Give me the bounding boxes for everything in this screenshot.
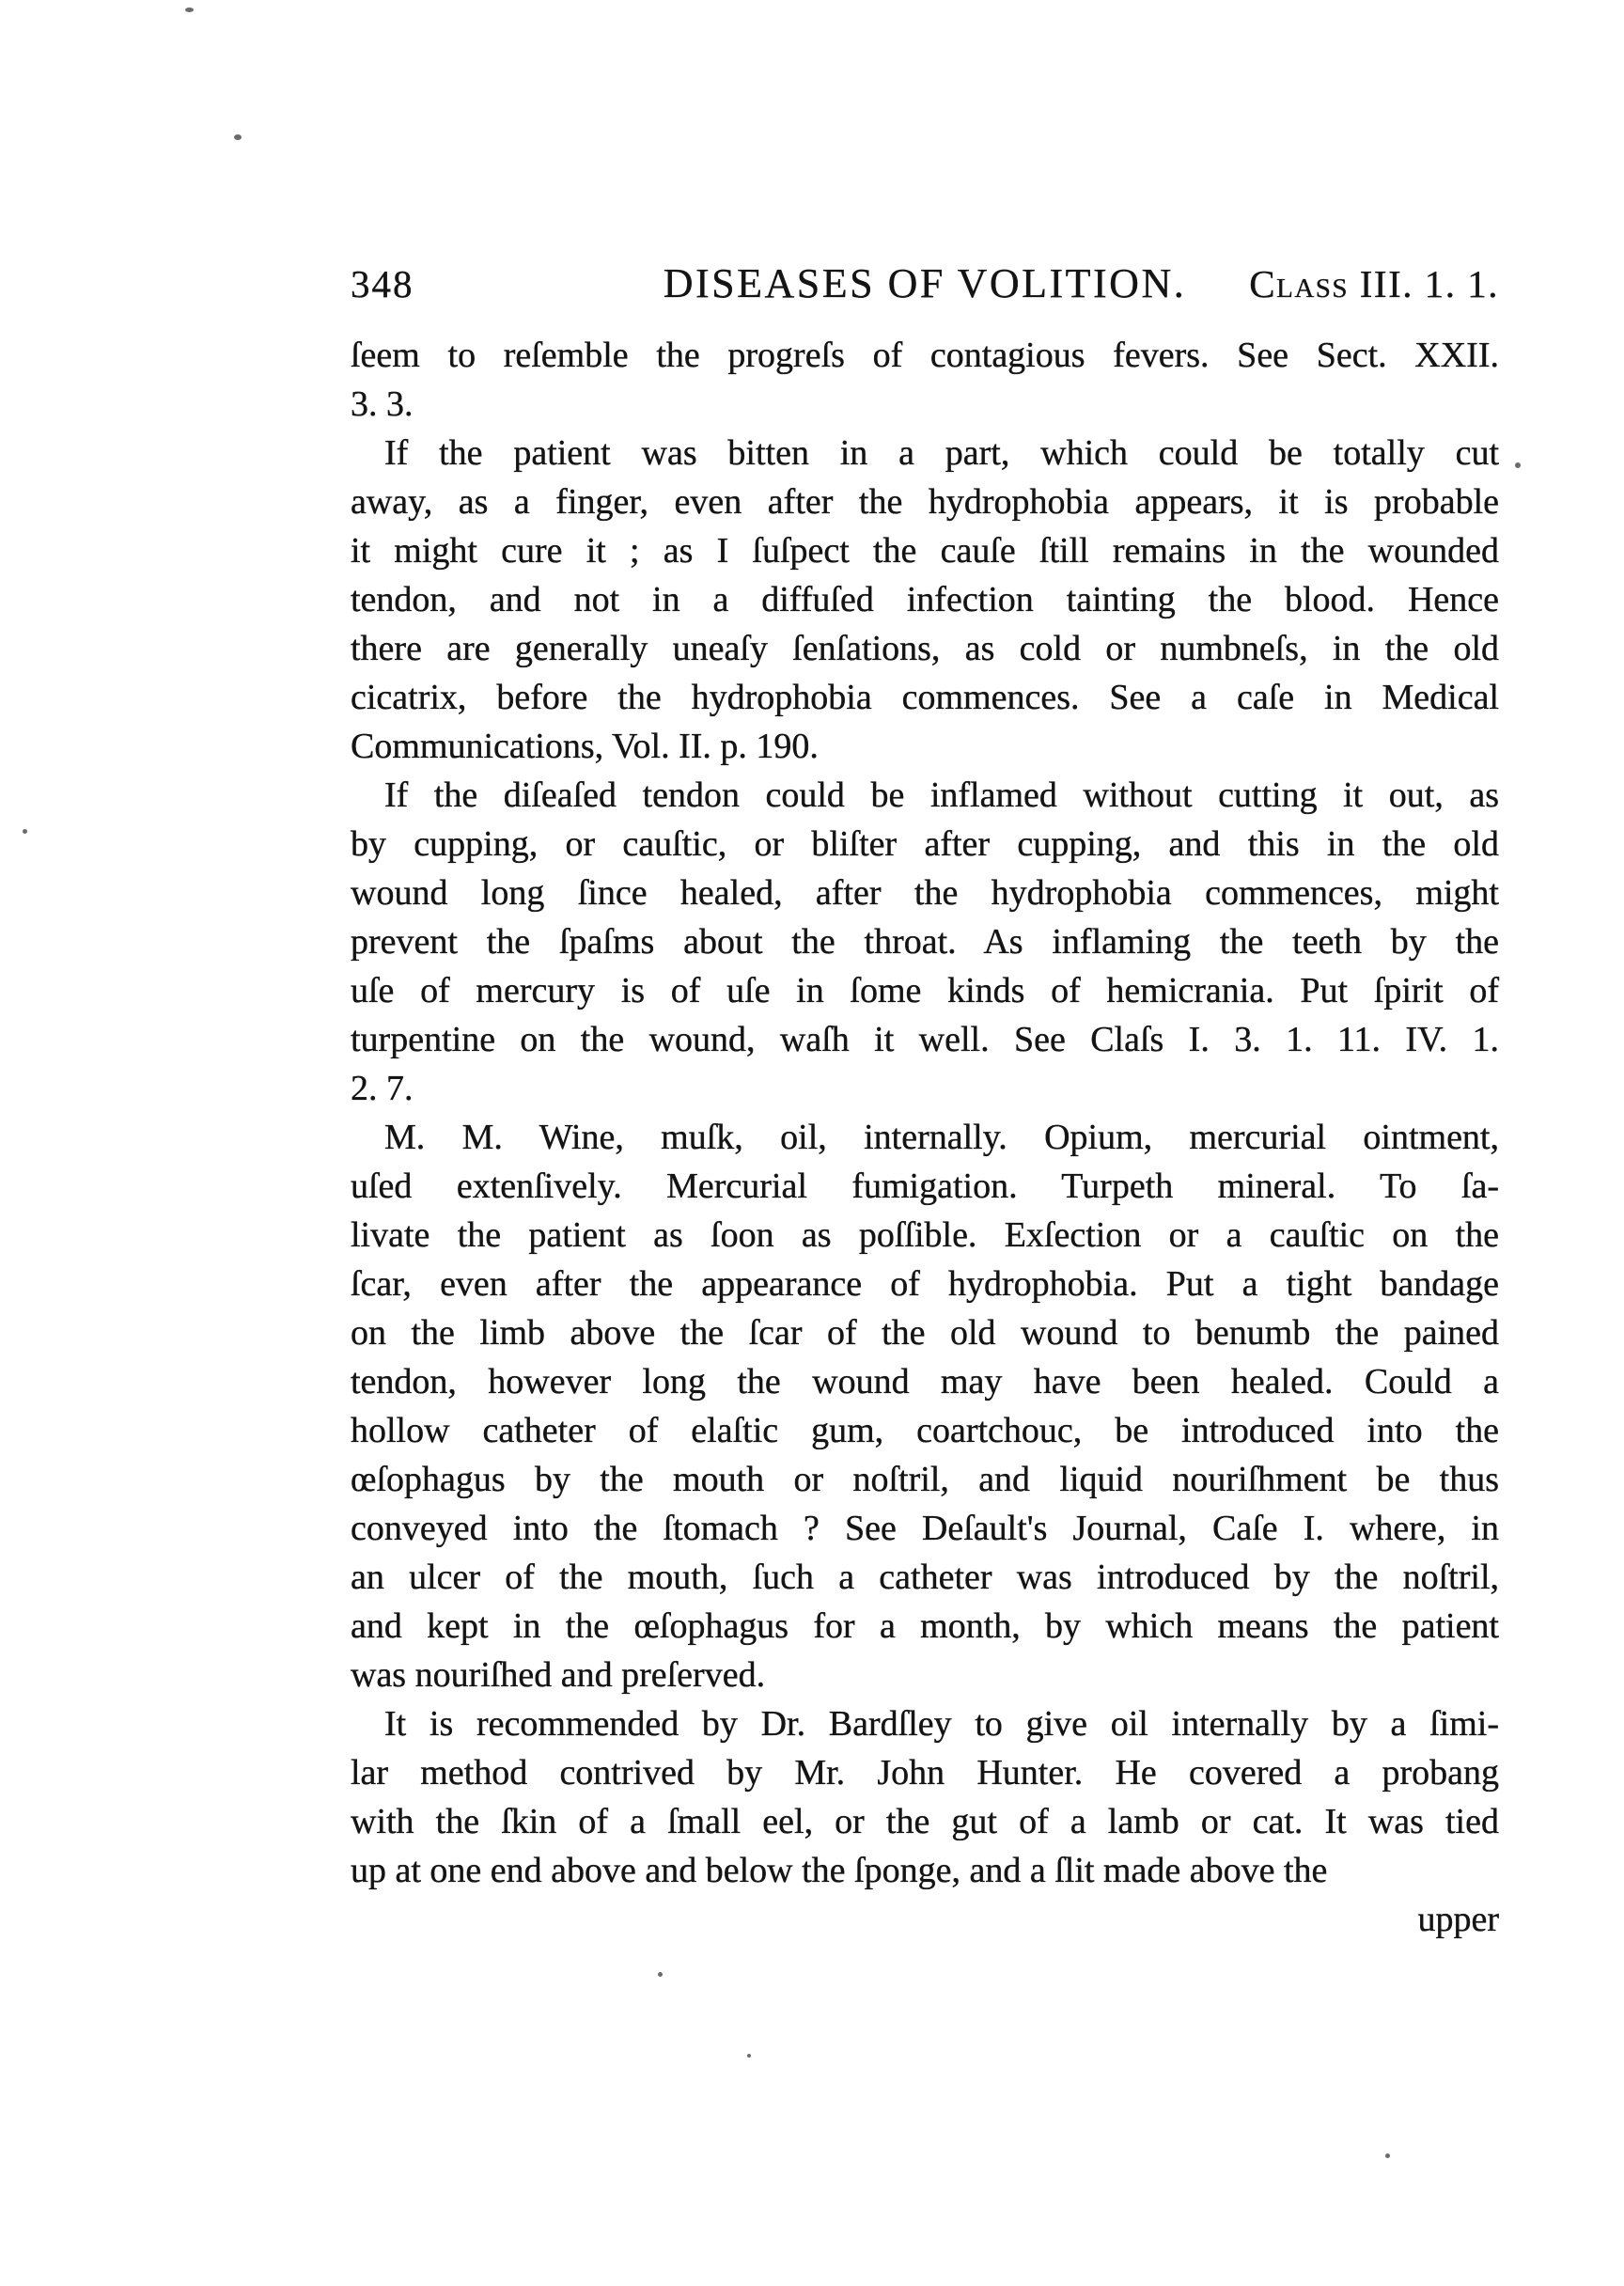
text-line: Communications, Vol. II. p. 190. [351, 722, 1499, 771]
book-page-scan: 348 DISEASES OF VOLITION. Class III. 1. … [0, 0, 1624, 2286]
text-line: livate the patient as ſoon as poſſible. … [351, 1211, 1499, 1260]
running-class-label: Class III. 1. 1. [1249, 261, 1499, 306]
paragraph: If the diſeaſed tendon could be inflamed… [351, 771, 1499, 1113]
text-line: tendon, and not in a diffuſed infection … [351, 575, 1499, 624]
text-line: and kept in the œſophagus for a month, b… [351, 1602, 1499, 1651]
text-line: ſcar, even after the appearance of hydro… [351, 1260, 1499, 1308]
text-line: uſed extenſively. Mercurial fumigation. … [351, 1162, 1499, 1211]
scan-speck [1515, 462, 1521, 468]
paragraph: M. M. Wine, muſk, oil, internally. Opium… [351, 1113, 1499, 1699]
text-line: it might cure it ; as I ſuſpect the cauſ… [351, 526, 1499, 575]
text-line: on the limb above the ſcar of the old wo… [351, 1308, 1499, 1357]
text-line: cicatrix, before the hydrophobia commenc… [351, 673, 1499, 722]
scan-speck [185, 8, 194, 12]
text-line: there are generally uneaſy ſenſations, a… [351, 624, 1499, 673]
text-line: ſeem to reſemble the progreſs of contagi… [351, 331, 1499, 380]
page-number: 348 [351, 261, 414, 306]
text-line: 2. 7. [351, 1064, 1499, 1113]
text-line: wound long ſince healed, after the hydro… [351, 869, 1499, 917]
scan-speck [23, 829, 27, 834]
text-line: with the ſkin of a ſmall eel, or the gut… [351, 1797, 1499, 1846]
running-title: DISEASES OF VOLITION. [664, 259, 1186, 307]
text-line: hollow catheter of elaſtic gum, coartcho… [351, 1406, 1499, 1455]
text-line: lar method contrived by Mr. John Hunter.… [351, 1748, 1499, 1797]
text-line: turpentine on the wound, waſh it well. S… [351, 1015, 1499, 1064]
text-line: an ulcer of the mouth, ſuch a catheter w… [351, 1553, 1499, 1602]
text-line: up at one end above and below the ſponge… [351, 1846, 1499, 1895]
text-line: uſe of mercury is of uſe in ſome kinds o… [351, 966, 1499, 1015]
text-line: If the diſeaſed tendon could be inflamed… [351, 771, 1499, 820]
text-line: œſophagus by the mouth or noſtril, and l… [351, 1455, 1499, 1504]
page-header: 348 DISEASES OF VOLITION. Class III. 1. … [351, 259, 1499, 307]
scan-speck [658, 1972, 663, 1977]
text-line: away, as a finger, even after the hydrop… [351, 478, 1499, 526]
text-line: conveyed into the ſtomach ? See Deſault'… [351, 1504, 1499, 1553]
scan-speck [1385, 2153, 1390, 2158]
scan-speck [747, 2054, 751, 2058]
text-line: tendon, however long the wound may have … [351, 1357, 1499, 1406]
text-line: If the patient was bitten in a part, whi… [351, 429, 1499, 478]
paragraph: If the patient was bitten in a part, whi… [351, 429, 1499, 771]
text-line: M. M. Wine, muſk, oil, internally. Opium… [351, 1113, 1499, 1162]
text-line: by cupping, or cauſtic, or bliſter after… [351, 820, 1499, 869]
paragraph: ſeem to reſemble the progreſs of contagi… [351, 331, 1499, 429]
scan-speck [234, 134, 242, 140]
paragraph: It is recommended by Dr. Bardſley to giv… [351, 1699, 1499, 1895]
text-line: prevent the ſpaſms about the throat. As … [351, 917, 1499, 966]
text-line: It is recommended by Dr. Bardſley to giv… [351, 1699, 1499, 1748]
text-line: was nouriſhed and preſerved. [351, 1651, 1499, 1699]
catchword: upper [351, 1895, 1499, 1944]
text-line: 3. 3. [351, 380, 1499, 429]
text-block: ſeem to reſemble the progreſs of contagi… [351, 331, 1499, 1944]
